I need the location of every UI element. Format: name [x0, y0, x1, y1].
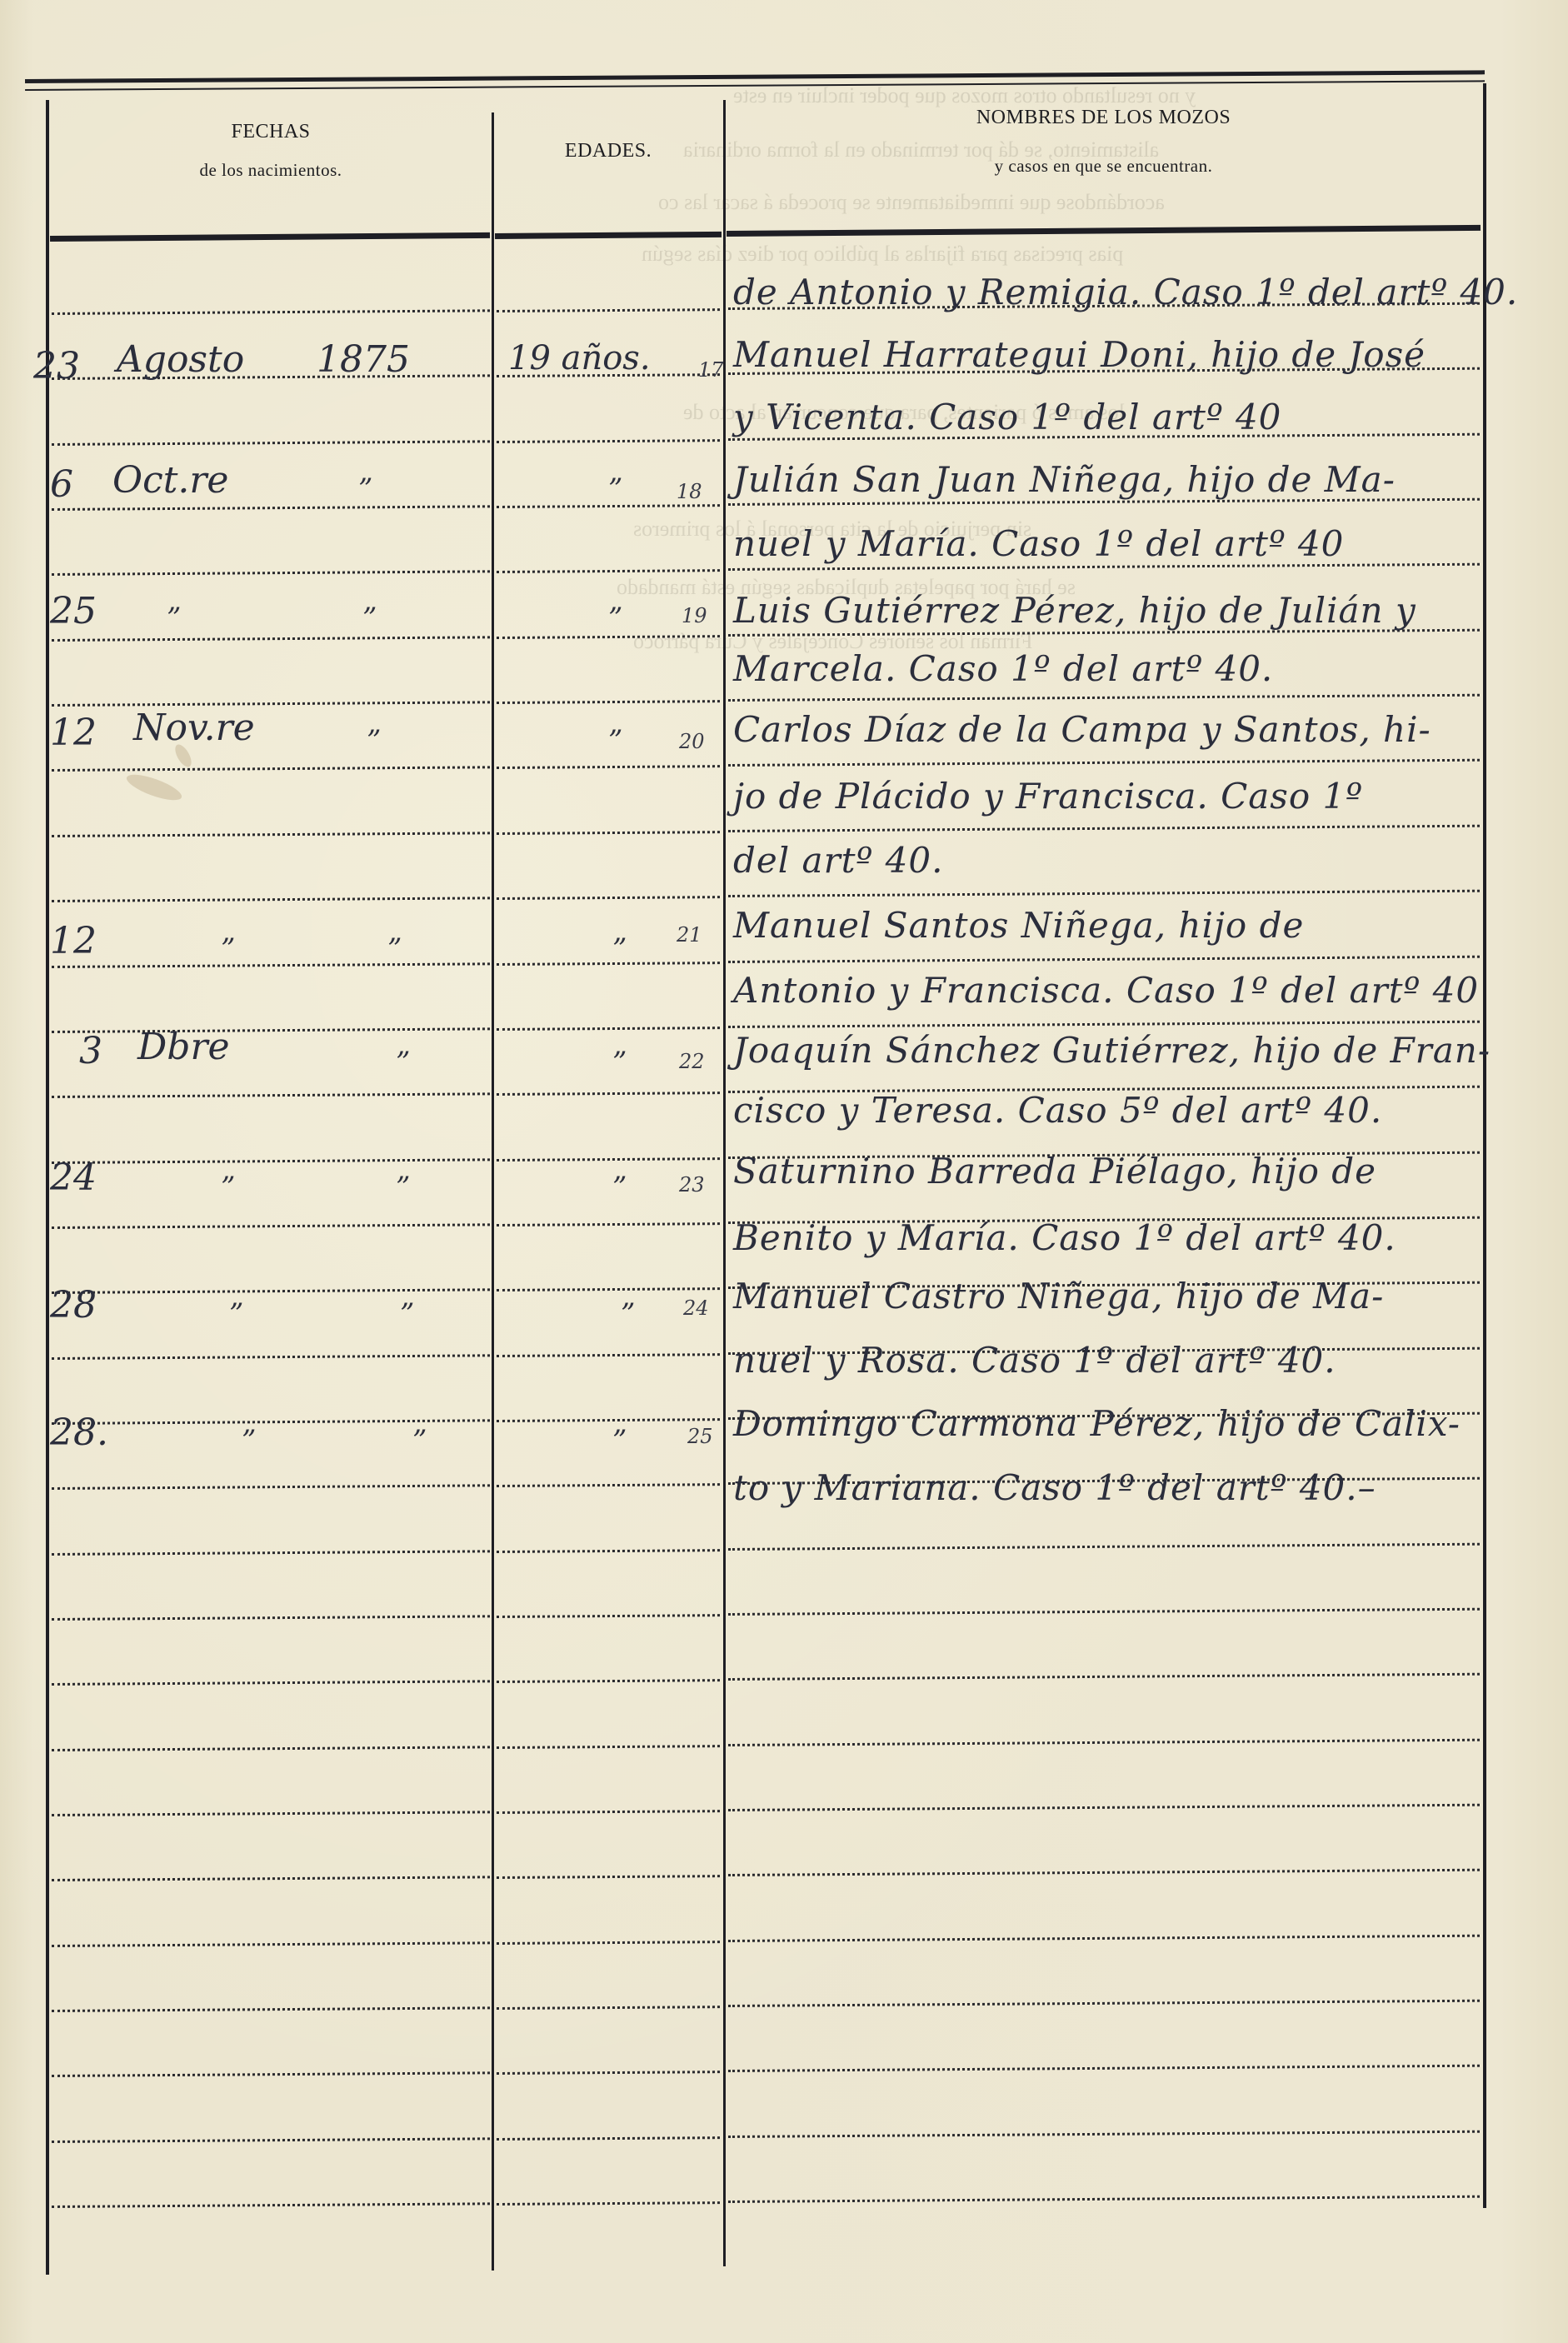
birth-day: 25	[50, 593, 97, 630]
birth-day: 12	[50, 923, 97, 960]
bleed-line: pias precisas para fijarlas al público p…	[642, 242, 1123, 267]
name-line: Luis Gutiérrez Pérez, hijo de Julián y	[733, 593, 1416, 628]
name-line: Saturnino Barreda Piélago, hijo de	[733, 1154, 1376, 1189]
ditto-age: ”	[612, 1048, 627, 1077]
birth-day: 3	[79, 1033, 102, 1070]
birth-day: 28	[50, 1287, 97, 1324]
ditto-year: ”	[412, 1426, 427, 1455]
ditto-year: ”	[367, 727, 381, 755]
birth-day: 23	[33, 348, 80, 385]
birth-day: 24	[50, 1160, 97, 1196]
name-line: Manuel Castro Niñega, hijo de Ma-	[733, 1279, 1384, 1314]
name-line: Carlos Díaz de la Campa y Santos, hi-	[733, 712, 1431, 747]
name-line: to y Mariana. Caso 1º del artº 40.–	[733, 1471, 1376, 1506]
entry-number: 21	[677, 925, 702, 945]
header-dates-subtitle: de los nacimientos.	[50, 160, 492, 181]
entry-number: 19	[682, 606, 707, 626]
continuation-line: de Antonio y Remigia. Caso 1º del artº 4…	[733, 275, 1518, 310]
name-line: Manuel Santos Niñega, hijo de	[733, 908, 1304, 943]
entry-number: 20	[679, 732, 705, 752]
birth-month: Agosto	[117, 342, 244, 378]
name-line: Domingo Carmona Pérez, hijo de Calix-	[733, 1406, 1461, 1441]
column-divider-dates-ages	[492, 112, 494, 2271]
entry-number: 25	[687, 1426, 713, 1446]
entry-number: 23	[679, 1175, 705, 1195]
birth-day: 6	[50, 467, 73, 503]
name-line: Manuel Harrategui Doni, hijo de José	[733, 337, 1426, 372]
ditto-month: ”	[242, 1426, 256, 1455]
column-header-dates: FECHAS de los nacimientos.	[50, 121, 492, 181]
ditto-month: ”	[221, 935, 235, 963]
ditto-month: ”	[167, 604, 181, 632]
name-line: jo de Plácido y Francisca. Caso 1º	[733, 779, 1363, 814]
entry-number: 24	[683, 1298, 709, 1318]
column-divider-ages-names	[723, 100, 726, 2266]
name-line: Julián San Juan Niñega, hijo de Ma-	[733, 462, 1396, 497]
name-line: Joaquín Sánchez Gutiérrez, hijo de Fran-	[733, 1033, 1491, 1068]
name-line: del artº 40.	[733, 843, 943, 878]
ditto-month: ”	[229, 1300, 243, 1328]
birth-day: 12	[50, 715, 97, 752]
ditto-year: ”	[387, 935, 402, 963]
header-names-title: NOMBRES DE LOS MOZOS	[727, 107, 1481, 129]
table-left-border	[46, 100, 49, 2275]
ditto-year: ”	[362, 604, 377, 632]
name-line: Marcela. Caso 1º del artº 40.	[733, 652, 1273, 687]
entry-number: 22	[679, 1052, 705, 1072]
ditto-age: ”	[612, 1426, 627, 1455]
column-header-ages: EDADES.	[495, 140, 722, 162]
ditto-age: ”	[612, 935, 627, 963]
ditto-age: ”	[621, 1300, 635, 1328]
birth-month: Nov.re	[133, 710, 255, 747]
bleed-line: y no resultando otros mozos que poder in…	[733, 83, 1196, 108]
entry-number: 18	[677, 482, 702, 502]
name-line: y Vicenta. Caso 1º del artº 40	[733, 400, 1281, 435]
ditto-age: ”	[608, 475, 622, 503]
name-line: Antonio y Francisca. Caso 1º del artº 40	[733, 973, 1479, 1008]
header-names-subtitle: y casos en que se encuentran.	[727, 156, 1481, 177]
header-dates-title: FECHAS	[50, 121, 492, 143]
name-line: nuel y Rosa. Caso 1º del artº 40.	[733, 1343, 1336, 1378]
table-right-border	[1483, 83, 1486, 2208]
ditto-age: ”	[608, 604, 622, 632]
ditto-year: ”	[358, 475, 372, 503]
ditto-year: ”	[400, 1300, 414, 1328]
bleed-line: acordándose que inmediatamente se proced…	[658, 190, 1165, 215]
header-ages-title: EDADES.	[495, 140, 722, 162]
entry-number: 17	[698, 360, 724, 380]
ditto-year: ”	[396, 1048, 410, 1077]
ditto-age: ”	[608, 727, 622, 755]
ditto-month: ”	[221, 1173, 235, 1201]
name-line: cisco y Teresa. Caso 5º del artº 40.	[733, 1093, 1382, 1128]
birth-month: Oct.re	[112, 462, 228, 499]
name-line: Benito y María. Caso 1º del artº 40.	[733, 1221, 1396, 1256]
birth-day: 28.	[50, 1415, 108, 1451]
name-line: nuel y María. Caso 1º del artº 40	[733, 527, 1344, 562]
ditto-year: ”	[396, 1173, 410, 1201]
birth-month: Dbre	[137, 1029, 230, 1066]
birth-year: 1875	[317, 342, 410, 378]
column-header-names: NOMBRES DE LOS MOZOS y casos en que se e…	[727, 107, 1481, 177]
age: 19 años.	[508, 342, 651, 375]
ditto-age: ”	[612, 1173, 627, 1201]
